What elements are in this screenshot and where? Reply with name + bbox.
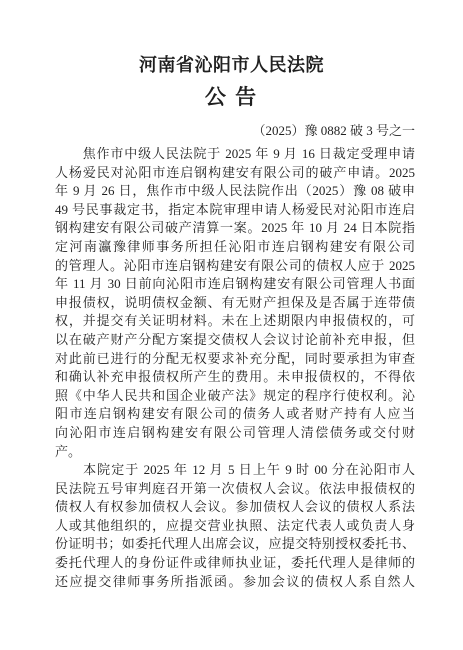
body-line: 年 9 月 26 日，焦作市中级人民法院作出（2025）豫 08 破申 xyxy=(55,182,415,201)
body-line: 债权人有权参加债权人会议。参加债权人会议的债权人系法 xyxy=(55,498,415,517)
case-number: （2025）豫 0882 破 3 号之一 xyxy=(0,122,463,140)
body-line: 申报债权，说明债权金额、有无财产担保及是否属于连带债 xyxy=(55,294,415,313)
court-name: 河南省沁阳市人民法院 xyxy=(0,52,463,78)
body-line: 民法院五号审判庭召开第一次债权人会议。依法申报债权的 xyxy=(55,480,415,499)
body-line: 本院定于 2025 年 12 月 5 日上午 9 时 00 分在沁阳市人 xyxy=(55,461,415,480)
body-line: 向沁阳市连启钢构建安有限公司管理人清偿债务或交付财 xyxy=(55,424,415,443)
body-line: 份证明书；如委托代理人出席会议，应提交特别授权委托书、 xyxy=(55,535,415,554)
body-line: 定河南瀛豫律师事务所担任沁阳市连启钢构建安有限公司 xyxy=(55,238,415,257)
body-line: 人杨爱民对沁阳市连启钢构建安有限公司的破产申请。2025 xyxy=(55,164,415,183)
document-title: 公 告 xyxy=(0,83,463,111)
body-line: 阳市连启钢构建安有限公司的债务人或者财产持有人应当 xyxy=(55,405,415,424)
body-line: 焦作市中级人民法院于 2025 年 9 月 16 日裁定受理申请 xyxy=(55,145,415,164)
body-line: 以在破产财产分配方案提交债权人会议讨论前补充申报，但 xyxy=(55,331,415,350)
body-line: 还应提交律师事务所指派函。参加会议的债权人系自然人 xyxy=(55,573,415,592)
announcement-body: 焦作市中级人民法院于 2025 年 9 月 16 日裁定受理申请 人杨爱民对沁阳… xyxy=(55,145,415,591)
body-line: 人或其他组织的，应提交营业执照、法定代表人或负责人身 xyxy=(55,517,415,536)
body-line: 照《中华人民共和国企业破产法》规定的程序行使权利。沁 xyxy=(55,387,415,406)
body-line: 钢构建安有限公司破产清算一案。2025 年 10 月 24 日本院指 xyxy=(55,219,415,238)
body-line: 产。 xyxy=(55,443,415,462)
body-line: 年 11 月 30 日前向沁阳市连启钢构建安有限公司管理人书面 xyxy=(55,275,415,294)
body-line: 和确认补充申报债权所产生的费用。未申报债权的，不得依 xyxy=(55,368,415,387)
body-line: 委托代理人的身份证件或律师执业证，委托代理人是律师的 xyxy=(55,554,415,573)
body-line: 权，并提交有关证明材料。未在上述期限内申报债权的，可 xyxy=(55,312,415,331)
body-line: 对此前已进行的分配无权要求补充分配，同时要承担为审查 xyxy=(55,350,415,369)
body-line: 49 号民事裁定书，指定本院审理申请人杨爱民对沁阳市连启 xyxy=(55,201,415,220)
body-line: 的管理人。沁阳市连启钢构建安有限公司的债权人应于 2025 xyxy=(55,257,415,276)
announcement-page: 河南省沁阳市人民法院 公 告 （2025）豫 0882 破 3 号之一 焦作市中… xyxy=(0,0,463,650)
